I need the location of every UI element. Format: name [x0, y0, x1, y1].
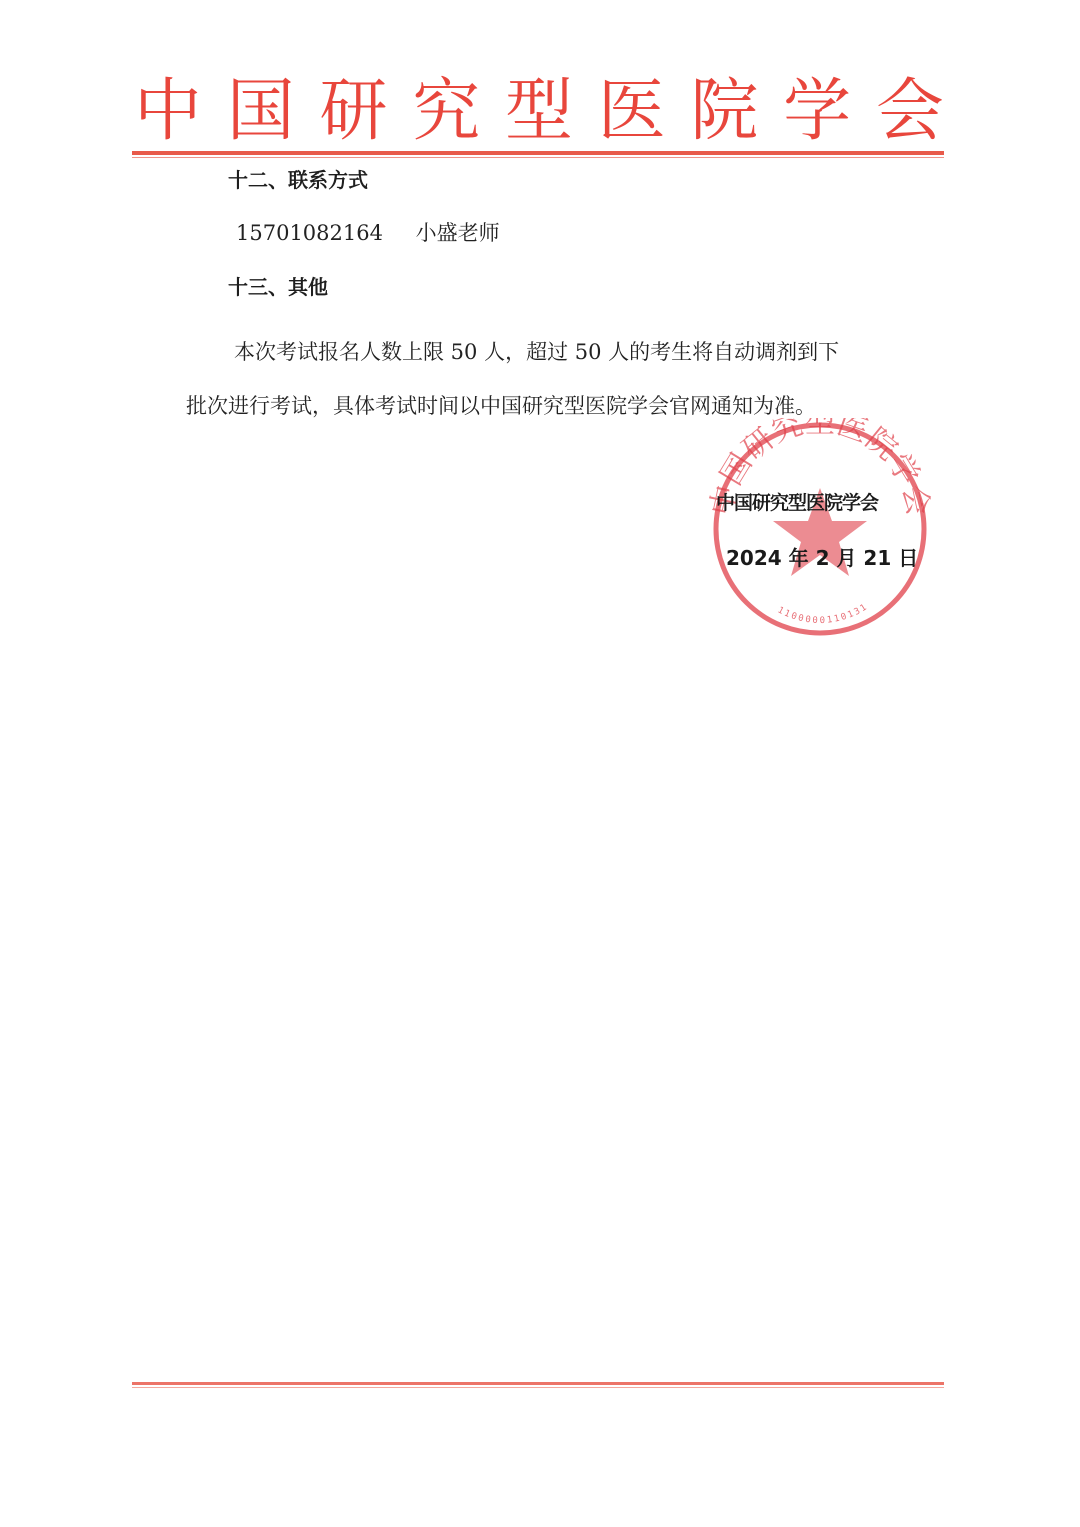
footer-divider-thin — [132, 1387, 944, 1388]
section-heading-contact: 十二、联系方式 — [228, 166, 368, 194]
letterhead-title: 中 国 研 究 型 医 院 学 会 — [134, 72, 944, 152]
signature-organization: 中国研究型医院学会 — [716, 488, 916, 515]
official-seal: 中国研究型医院学会 1100000110131 — [705, 418, 935, 640]
seal-serial: 1100000110131 — [776, 602, 871, 626]
letterhead-char: 中 — [134, 72, 202, 152]
section-heading-other: 十三、其他 — [228, 273, 328, 301]
contact-person: 小盛老师 — [416, 221, 500, 245]
seal-stamp-icon: 中国研究型医院学会 1100000110131 — [705, 418, 935, 640]
footer-divider-thick — [132, 1382, 944, 1385]
signature-date: 2024 年 2 月 21 日 — [726, 542, 918, 571]
paragraph-line: 本次考试报名人数上限 50 人，超过 50 人的考生将自动调剂到下 — [186, 325, 916, 379]
document-page: 中 国 研 究 型 医 院 学 会 十二、联系方式 15701082164 小盛… — [0, 0, 1080, 1527]
contact-phone: 15701082164 — [236, 221, 383, 245]
letterhead-divider-thick — [132, 151, 944, 155]
letterhead-char: 会 — [876, 72, 944, 152]
svg-text:1100000110131: 1100000110131 — [776, 602, 871, 626]
letterhead-char: 院 — [690, 72, 758, 152]
letterhead-char: 学 — [783, 72, 851, 152]
letterhead-char: 究 — [412, 72, 480, 152]
letterhead-char: 研 — [319, 72, 387, 152]
letterhead-char: 国 — [227, 72, 295, 152]
letterhead-char: 型 — [505, 72, 573, 152]
other-paragraph: 本次考试报名人数上限 50 人，超过 50 人的考生将自动调剂到下 批次进行考试… — [186, 325, 916, 433]
contact-line: 15701082164 小盛老师 — [236, 218, 500, 248]
letterhead-divider-thin — [132, 157, 944, 158]
letterhead-char: 医 — [598, 72, 666, 152]
